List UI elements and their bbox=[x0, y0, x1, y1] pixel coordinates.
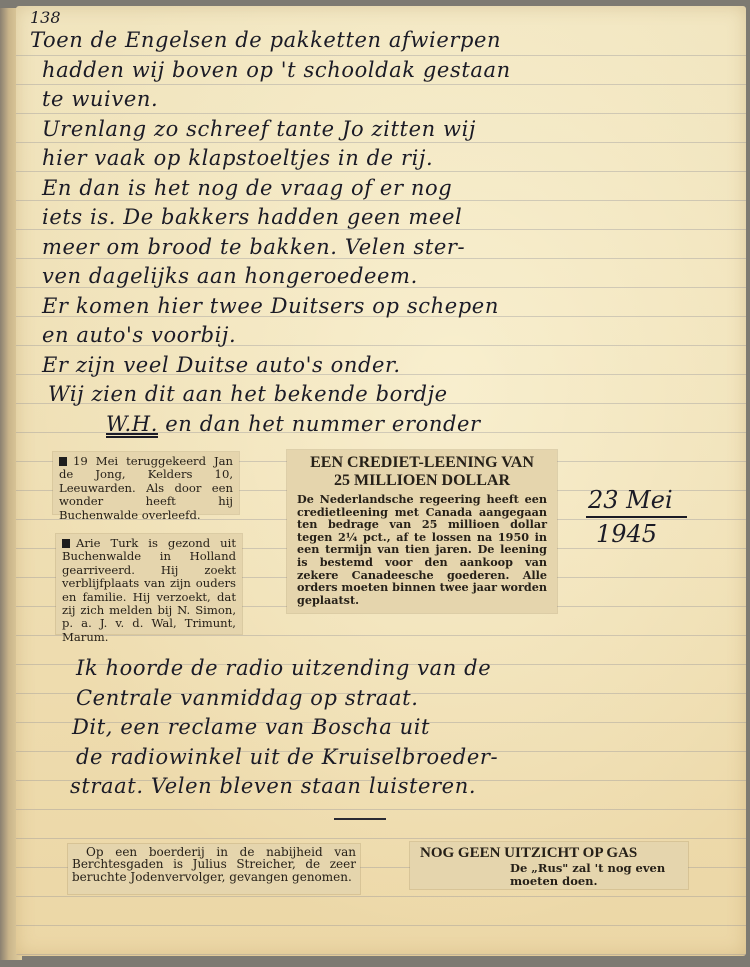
clipping-returned: 19 Mei teruggekeerd Jan de Jong, Kelders… bbox=[53, 452, 239, 514]
clipping-text: Op een boerderij in de nabijheid van Ber… bbox=[72, 846, 356, 883]
clipping-headline: EEN CREDIET-LEENING VAN bbox=[297, 454, 547, 472]
handwritten-line: te wuiven. bbox=[30, 85, 716, 115]
page-number: 138 bbox=[30, 8, 61, 27]
handwritten-line-last: W.H. en dan het nummer eronder bbox=[30, 410, 716, 440]
clipping-subhead: moeten doen. bbox=[416, 875, 682, 888]
handwritten-line: Urenlang zo schreef tante Jo zitten wij bbox=[30, 115, 716, 145]
handwritten-line: hadden wij boven op 't schooldak gestaan bbox=[30, 56, 716, 86]
handwritten-date-day-month: 23 Mei bbox=[586, 486, 687, 518]
clipping-streicher: Op een boerderij in de nabijheid van Ber… bbox=[68, 844, 360, 894]
handwritten-line: meer om brood te bakken. Velen ster- bbox=[30, 233, 716, 263]
handwritten-line: Toen de Engelsen de pakketten afwierpen bbox=[30, 26, 716, 56]
handwritten-line: Dit, een reclame van Boscha uit bbox=[30, 713, 716, 743]
handwritten-line: ven dagelijks aan hongeroedeem. bbox=[30, 262, 716, 292]
handwritten-line: Centrale vanmiddag op straat. bbox=[30, 684, 716, 714]
handwritten-line: straat. Velen bleven staan luisteren. bbox=[30, 772, 716, 802]
clipping-body: De Nederlandsche regeering heeft een cre… bbox=[297, 493, 547, 606]
clipping-text: 19 Mei teruggekeerd Jan de Jong, Kelders… bbox=[59, 454, 233, 522]
handwritten-line: Er zijn veel Duitse auto's onder. bbox=[30, 351, 716, 381]
clipping-headline: NOG GEEN UITZICHT OP GAS bbox=[416, 845, 682, 862]
handwritten-entry-1: Toen de Engelsen de pakketten afwierpen … bbox=[30, 26, 716, 439]
clipping-text: Arie Turk is gezond uit Buchenwalde in H… bbox=[62, 536, 236, 644]
section-divider bbox=[334, 818, 386, 820]
clipping-headline: 25 MILLIOEN DOLLAR bbox=[297, 472, 547, 490]
handwritten-line: Er komen hier twee Duitsers op schepen bbox=[30, 292, 716, 322]
handwritten-line: En dan is het nog de vraag of er nog bbox=[30, 174, 716, 204]
underlined-initials: W.H. bbox=[106, 412, 158, 436]
handwritten-line: hier vaak op klapstoeltjes in de rij. bbox=[30, 144, 716, 174]
clipping-arie-turk: Arie Turk is gezond uit Buchenwalde in H… bbox=[56, 534, 242, 634]
handwritten-line: Ik hoorde de radio uitzending van de bbox=[30, 654, 716, 684]
clipping-subhead: De „Rus" zal 't nog even bbox=[416, 862, 682, 875]
handwritten-line-rest: en dan het nummer eronder bbox=[158, 412, 481, 436]
handwritten-entry-2: Ik hoorde de radio uitzending van de Cen… bbox=[30, 654, 716, 802]
handwritten-line: en auto's voorbij. bbox=[30, 321, 716, 351]
handwritten-line: Wij zien dit aan het bekende bordje bbox=[30, 380, 716, 410]
handwritten-line: de radiowinkel uit de Kruiselbroeder- bbox=[30, 743, 716, 773]
clipping-gas: NOG GEEN UITZICHT OP GAS De „Rus" zal 't… bbox=[410, 842, 688, 889]
handwritten-date-year: 1945 bbox=[596, 520, 657, 548]
bullet-marker bbox=[62, 539, 70, 548]
handwritten-line: iets is. De bakkers hadden geen meel bbox=[30, 203, 716, 233]
diary-page: 138 Toen de Engelsen de pakketten afwier… bbox=[16, 6, 746, 956]
bullet-marker bbox=[59, 457, 67, 466]
clipping-credit-loan: EEN CREDIET-LEENING VAN 25 MILLIOEN DOLL… bbox=[287, 450, 557, 613]
